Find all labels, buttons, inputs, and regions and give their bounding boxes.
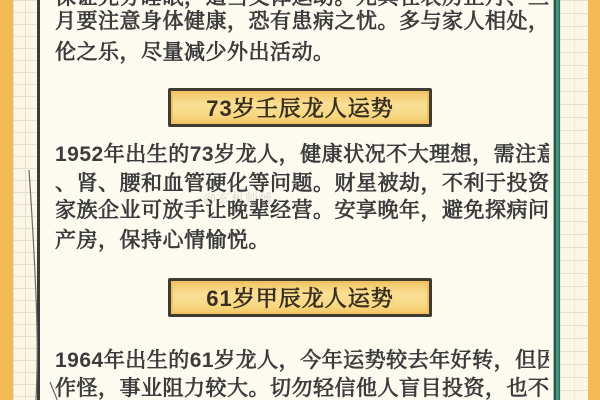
section-paragraph-line: 、肾、腰和血管硬化等问题。财星被劫，不利于投资投机， <box>55 169 549 199</box>
section-title-banner: 73岁壬辰龙人运势 <box>168 88 432 127</box>
watermark: @玄机师傅 <box>203 188 273 207</box>
section-title: 61岁甲辰龙人运势 <box>206 282 393 313</box>
right-grid-strip <box>560 0 588 400</box>
left-grid-strip <box>13 0 37 400</box>
section-paragraph-line: 家族企业可放手让晚辈经营。安享晚年，避免探病问丧和进 <box>55 196 549 226</box>
article-panel: 保证充分睡眠，适当文体运动。尤其在农历正月、三月、八 月要注意身体健康，恐有患病… <box>37 0 553 400</box>
section-title: 73岁壬辰龙人运势 <box>206 92 393 123</box>
page-frame: 保证充分睡眠，适当文体运动。尤其在农历正月、三月、八 月要注意身体健康，恐有患病… <box>0 0 600 400</box>
right-orange-strip <box>588 0 600 400</box>
left-orange-strip <box>0 0 13 400</box>
section-title-banner: 61岁甲辰龙人运势 <box>168 278 432 317</box>
intro-line: 月要注意身体健康，恐有患病之忧。多与家人相处，享受天 <box>55 7 549 37</box>
section-paragraph-line: 1964年出生的61岁龙人，今年运势较去年好转，但因小人 <box>55 346 549 376</box>
right-teal-divider <box>553 0 560 400</box>
intro-line: 伦之乐，尽量减少外出活动。 <box>55 38 549 68</box>
section-paragraph-line: 作怪，事业阻力较大。切勿轻信他人盲目投资，也不宜借贷 <box>55 374 549 400</box>
section-paragraph-line: 产房，保持心情愉悦。 <box>55 226 549 256</box>
section-paragraph-line: 1952年出生的73岁龙人，健康状况不大理想，需注意心脏 <box>55 140 549 170</box>
